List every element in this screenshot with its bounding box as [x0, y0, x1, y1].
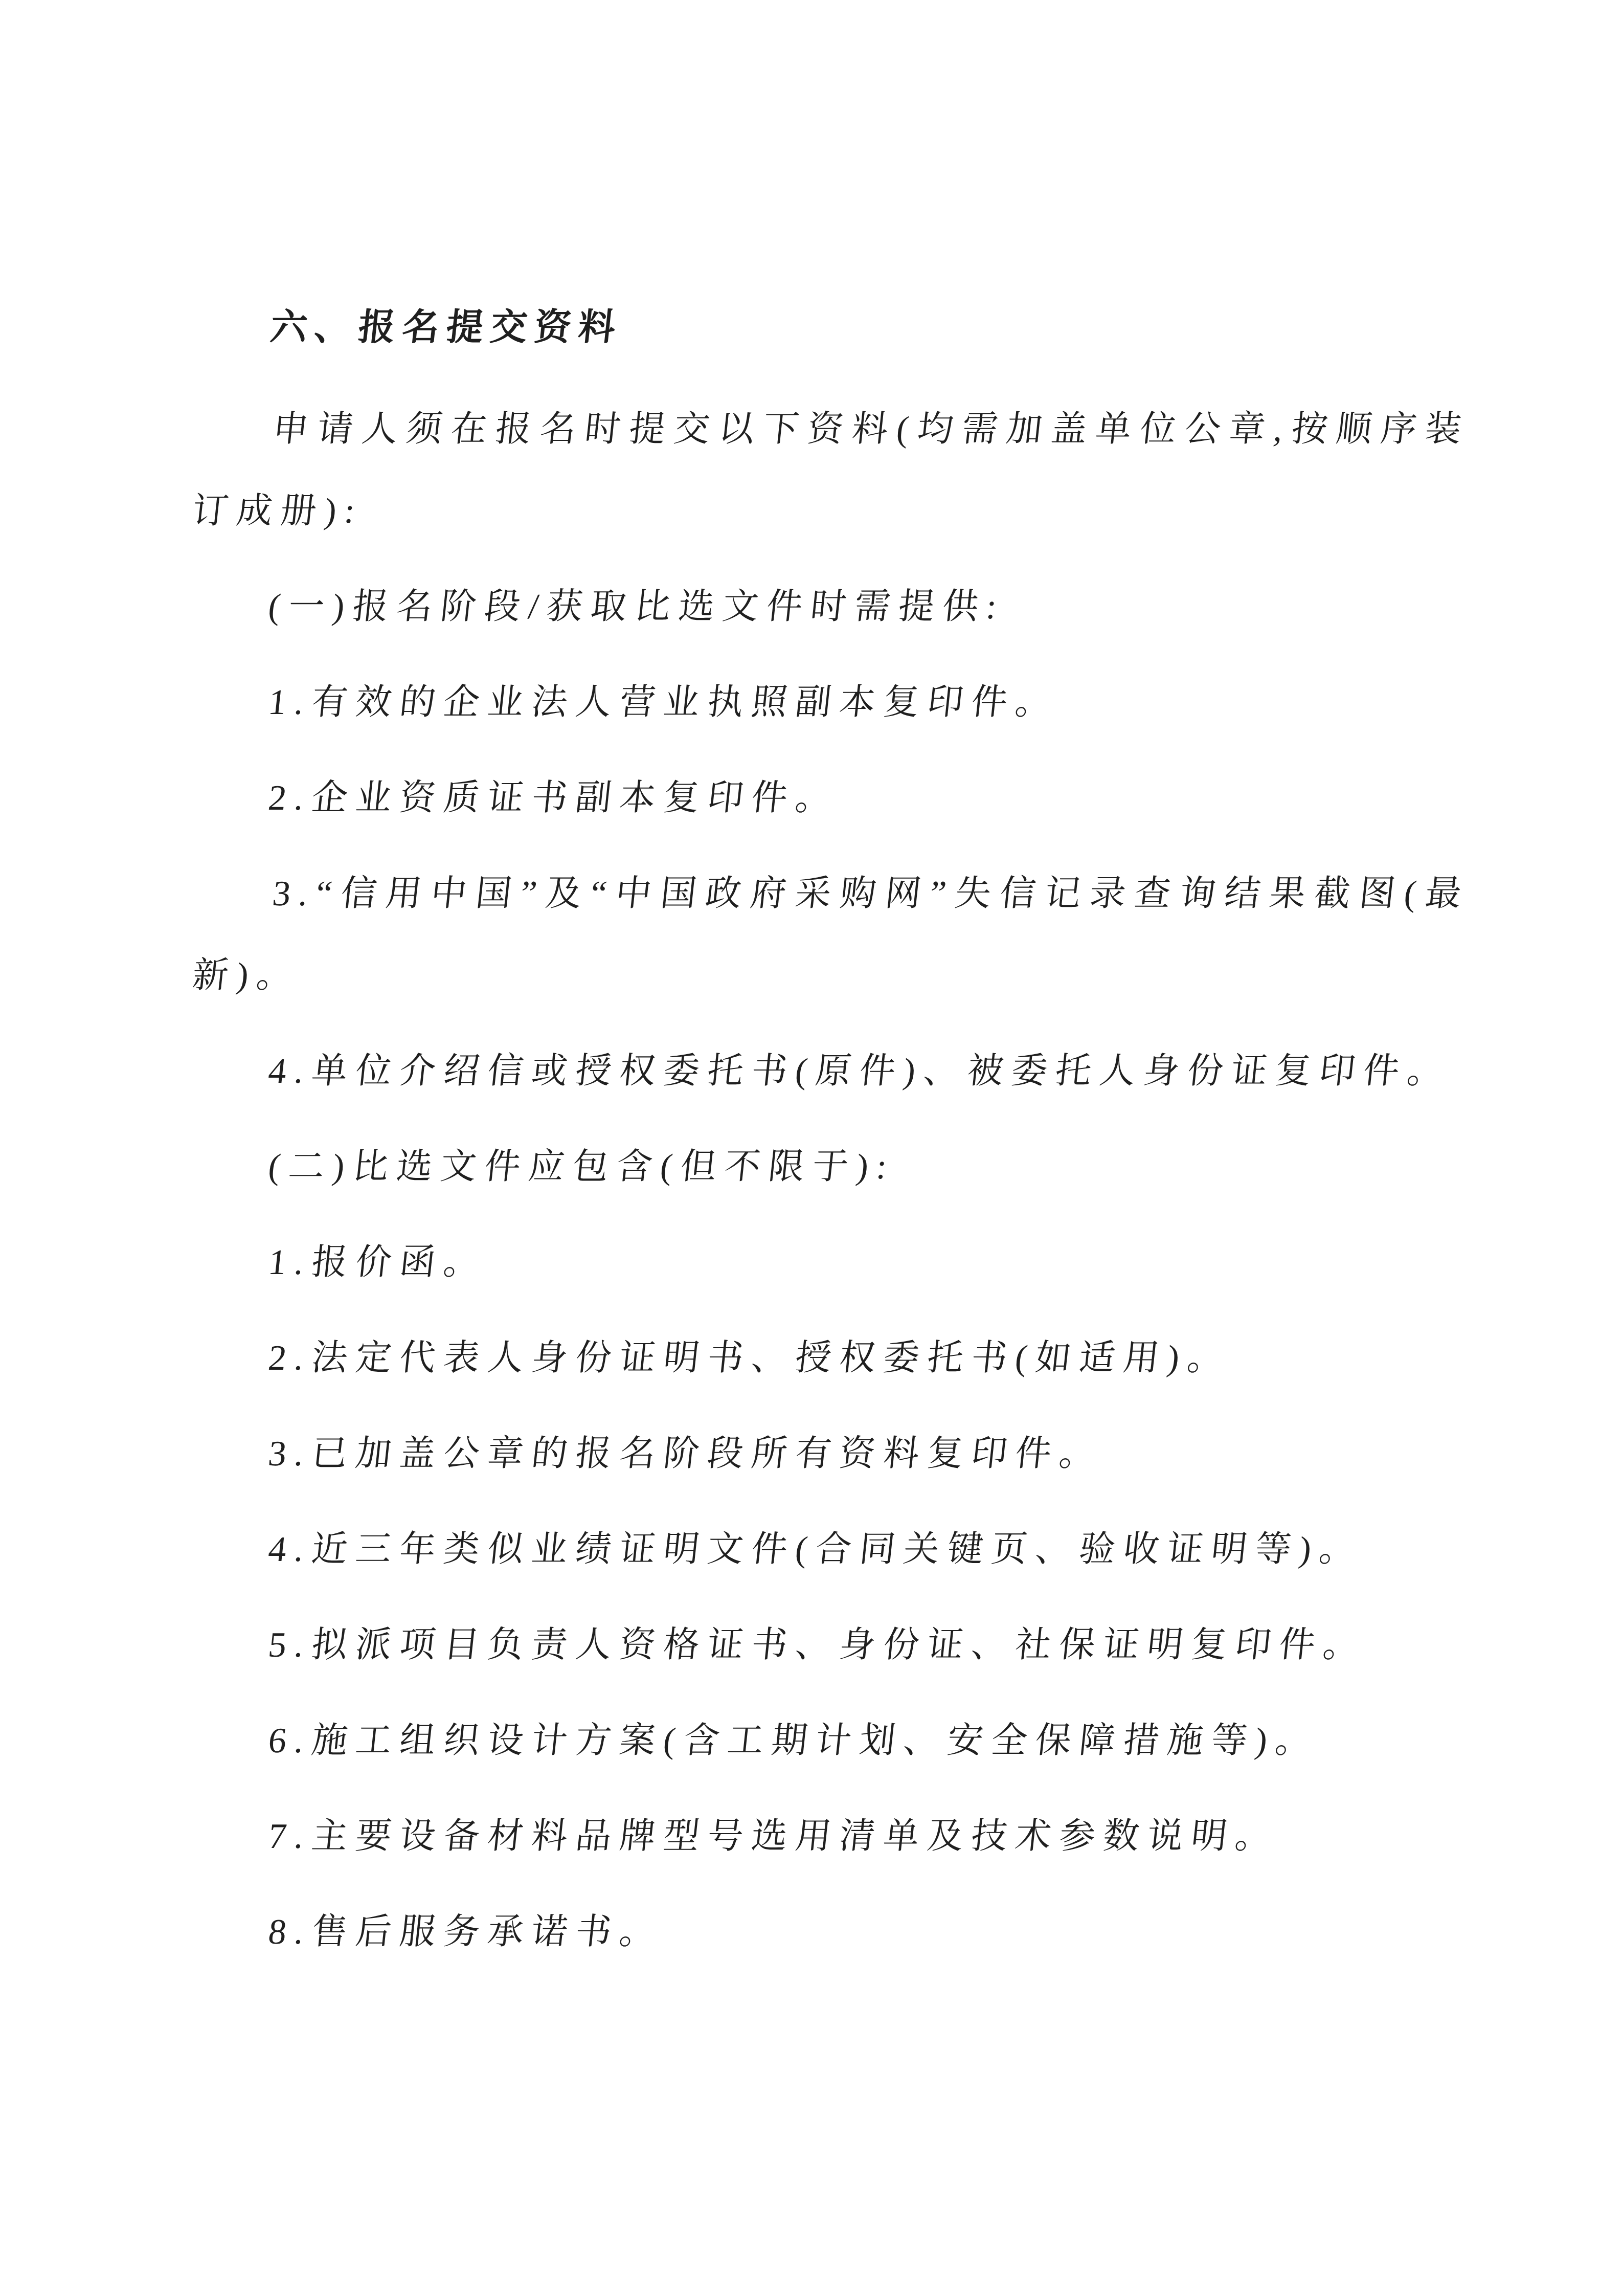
list2-item-3: 3.已加盖公章的报名阶段所有资料复印件。	[193, 1413, 1470, 1495]
list2-item-5: 5.拟派项目负责人资格证书、身份证、社保证明复印件。	[193, 1604, 1470, 1686]
list2-item-2: 2.法定代表人身份证明书、授权委托书(如适用)。	[193, 1318, 1470, 1399]
list1-item-2: 2.企业资质证书副本复印件。	[193, 757, 1470, 839]
list2-item-8: 8.售后服务承诺书。	[193, 1891, 1470, 1973]
document-page: 六、报名提交资料 申请人须在报名时提交以下资料(均需加盖单位公章,按顺序装订成册…	[0, 0, 1623, 2296]
list1-item-4: 4.单位介绍信或授权委托书(原件)、被委托人身份证复印件。	[193, 1031, 1470, 1112]
subsection-heading-2: (二)比选文件应包含(但不限于):	[193, 1126, 1470, 1208]
document-content: 六、报名提交资料 申请人须在报名时提交以下资料(均需加盖单位公章,按顺序装订成册…	[197, 286, 1465, 1973]
list2-item-1: 1.报价函。	[193, 1222, 1470, 1304]
list2-item-7: 7.主要设备材料品牌型号选用清单及技术参数说明。	[193, 1796, 1470, 1878]
list2-item-6: 6.施工组织设计方案(含工期计划、安全保障措施等)。	[193, 1700, 1470, 1782]
list1-item-1: 1.有效的企业法人营业执照副本复印件。	[193, 662, 1470, 744]
list1-item-3: 3.“信用中国”及“中国政府采购网”失信记录查询结果截图(最新)。	[188, 853, 1474, 1017]
section-heading: 六、报名提交资料	[193, 286, 1470, 368]
paragraph-intro: 申请人须在报名时提交以下资料(均需加盖单位公章,按顺序装订成册):	[188, 389, 1474, 552]
subsection-heading-1: (一)报名阶段/获取比选文件时需提供:	[193, 566, 1470, 648]
list2-item-4: 4.近三年类似业绩证明文件(合同关键页、验收证明等)。	[193, 1509, 1470, 1591]
